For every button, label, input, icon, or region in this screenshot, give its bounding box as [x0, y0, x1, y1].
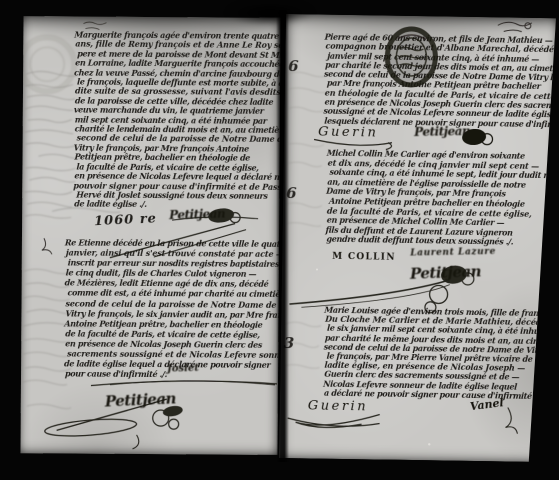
burial-entry-michel-collin: Michel Collin Me Carlier agé d'environ s…: [326, 149, 545, 248]
signature-guerin-entry1: Guerin: [318, 125, 378, 141]
burial-entry-etienne-culot: Re Etienne décédé en la prison de cette …: [65, 237, 278, 380]
signature-joslet: Joslet: [167, 363, 199, 375]
margin-number-3: 3: [284, 334, 295, 352]
signature-laurent-lazure: Laurent Lazure: [410, 247, 496, 259]
margin-number-1: 6: [288, 57, 299, 75]
ghost-stamp: [20, 37, 74, 91]
signature-guerin-entry3: Guerin: [308, 398, 368, 414]
scanned-register-spread: Marguerite françois agée d'environ trent…: [0, 0, 559, 480]
vanel-paraph: [505, 408, 517, 434]
ghost-lines: [282, 72, 328, 368]
guerin-entry3-flourish: [288, 413, 380, 428]
signature-petitjean-bottom: Petitjean: [104, 389, 176, 410]
signature-petitjean-entry1-right: Petitjean: [414, 124, 470, 139]
burial-entry-marguerite-francois: Marguerite françois agée d'environ trent…: [74, 30, 277, 210]
right-page: 6 6 3 Pierre agé de 60 ans environ, et f…: [279, 14, 556, 462]
corner-scrawl: [83, 22, 106, 30]
burial-entry-pierre-mathieu: Pierre agé de 60 ans environ, et fils de…: [324, 33, 547, 129]
margin-mark-re: [42, 238, 52, 254]
signature-vanel: Vanel: [469, 396, 504, 413]
margin-number-2: 6: [286, 184, 297, 202]
folio-corner-scrawl: [498, 22, 532, 32]
manuscript-line: gendre dudit deffunt tous deux soussigné…: [326, 235, 545, 248]
signature-petitjean-entry1: Petitjean: [169, 207, 225, 223]
signature-m-collin: M Collin: [332, 252, 396, 263]
burial-entry-marie-louise: Marie Louise agée d'environ trois mois, …: [324, 306, 543, 401]
left-page: Marguerite françois agée d'environ trent…: [20, 16, 280, 455]
margin-note-1060: 1060 re: [94, 211, 157, 229]
signature-petitjean-entry2-right: Petitjean: [410, 262, 482, 283]
